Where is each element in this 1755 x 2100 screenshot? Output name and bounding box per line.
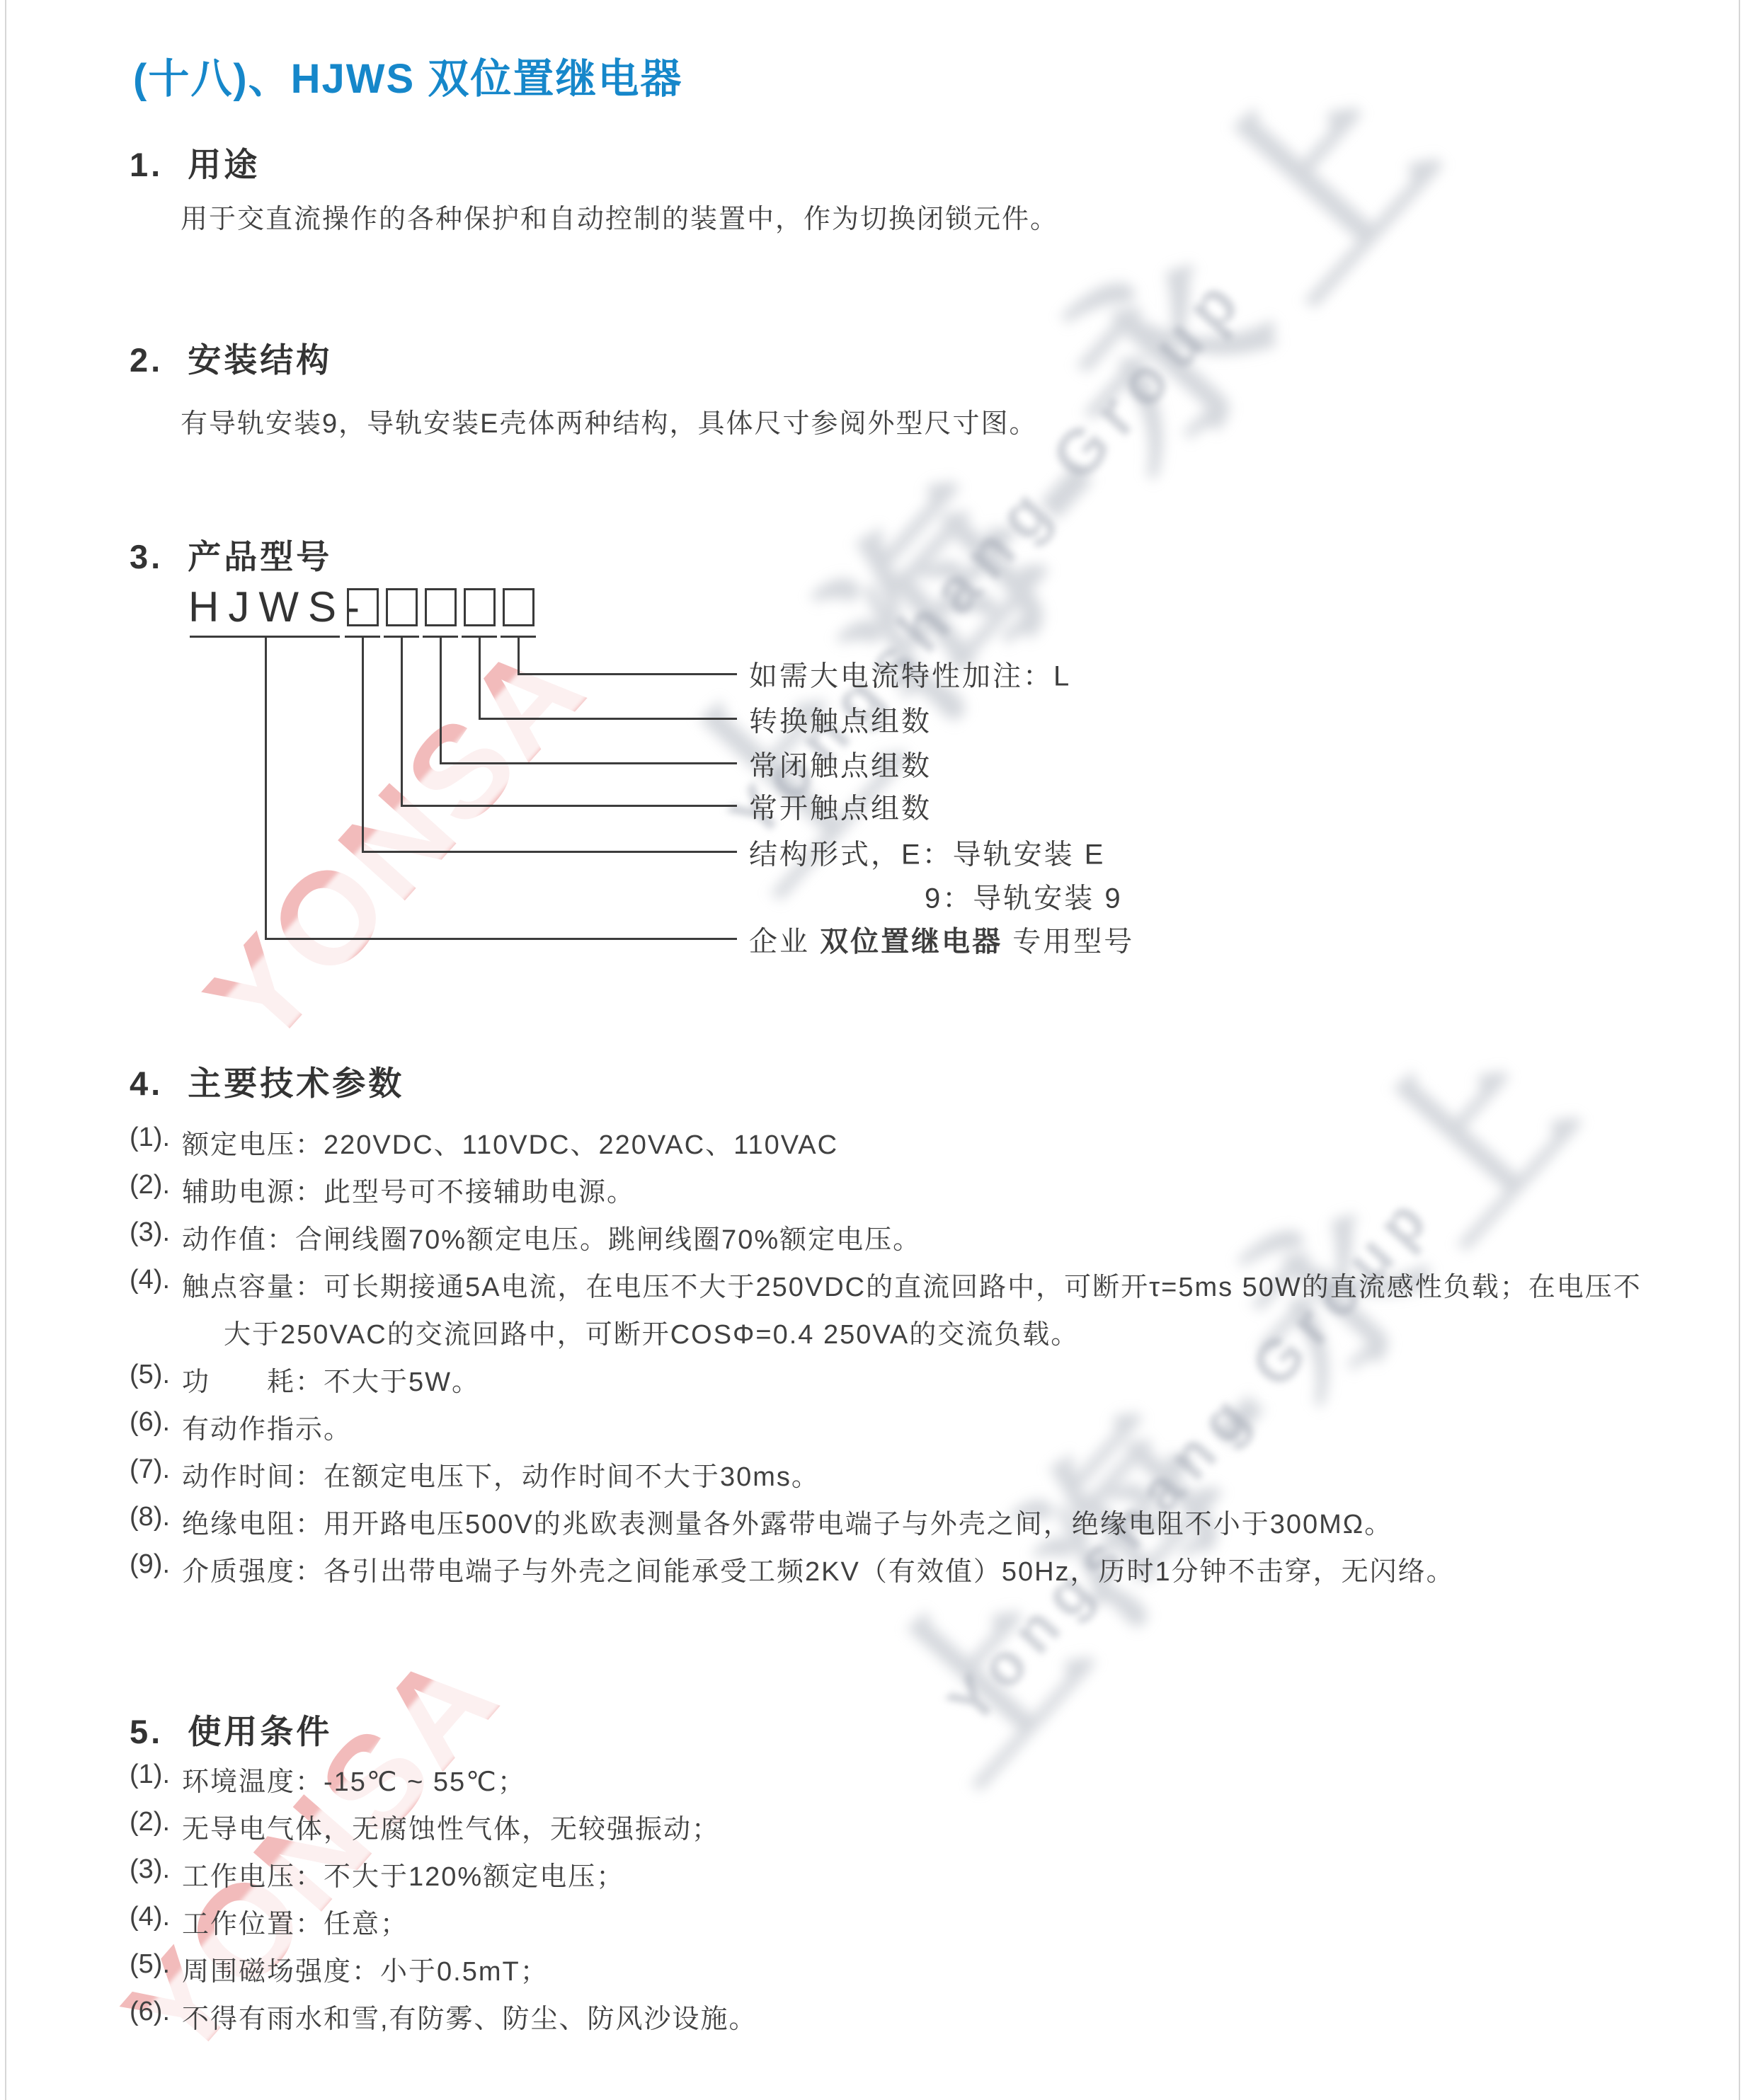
param-item-text: 动作时间：在额定电压下，动作时间不大于30ms。: [182, 1454, 820, 1493]
page-title: (十八)、HJWS 双位置继电器: [133, 45, 682, 105]
model-digit-box-4: [464, 588, 496, 626]
model-digit-box-2: [386, 588, 418, 626]
callout-l-note: 如需大电流特性加注：L: [749, 654, 1071, 694]
model-digit-box-1: [347, 588, 379, 626]
condition-item-num: (4).: [130, 1902, 170, 1932]
condition-item-num: (2).: [130, 1807, 170, 1837]
condition-item-text: 工作电压：不大于120%额定电压；: [182, 1854, 624, 1893]
document-page: 上海-永上 Yongshang Group 上海-永上 Yongshang Gr…: [0, 0, 1755, 2100]
param-item-num: (1).: [130, 1123, 170, 1153]
param-item-text: 有动作指示。: [182, 1407, 352, 1446]
callout-base-product: 双位置继电器: [820, 926, 1002, 958]
section-usage-heading: 1. 用途: [130, 139, 260, 186]
param-item-num: (9).: [130, 1549, 170, 1580]
param-item-num: (7).: [130, 1454, 170, 1485]
section-mounting-heading: 2. 安装结构: [130, 334, 332, 381]
param-item-text: 介质强度：各引出带电端子与外壳之间能承受工频2KV（有效值）50Hz，历时1分钟…: [182, 1549, 1455, 1588]
condition-item-num: (1).: [130, 1760, 170, 1790]
param-item-num: (6).: [130, 1407, 170, 1438]
document-content: (十八)、HJWS 双位置继电器 1. 用途 用于交直流操作的各种保护和自动控制…: [0, 0, 1755, 2100]
condition-item-text: 无导电气体，无腐蚀性气体，无较强振动；: [182, 1807, 720, 1846]
param-item-text: 辅助电源：此型号可不接辅助电源。: [182, 1170, 635, 1209]
vertical-line: [440, 636, 442, 764]
connector-line: [265, 938, 737, 940]
callout-base-suffix: 专用型号: [1002, 926, 1134, 958]
condition-item-text: 周围磁场强度：小于0.5mT；: [182, 1949, 549, 1988]
callout-structure-form: 结构形式，E：导轨安装 E: [749, 832, 1105, 873]
param-item-num: (3).: [130, 1217, 170, 1248]
condition-item-text: 不得有雨水和雪,有防雾、防尘、防风沙设施。: [182, 1997, 758, 2036]
vertical-line: [401, 636, 403, 807]
model-prefix: HJWS-: [188, 587, 369, 627]
vertical-line: [479, 636, 481, 720]
param-item-text: 动作值：合闸线圈70%额定电压。跳闸线圈70%额定电压。: [182, 1217, 921, 1256]
param-item-num: (8).: [130, 1502, 170, 1532]
vertical-line: [518, 636, 520, 675]
condition-item-text: 工作位置：任意；: [182, 1902, 408, 1941]
connector-line: [401, 805, 737, 807]
param-item-text: 触点容量：可长期接通5A电流，在电压不大于250VDC的直流回路中，可断开τ=5…: [182, 1265, 1642, 1304]
callout-structure-form-9: 9：导轨安装 9: [925, 876, 1123, 917]
model-digit-box-5: [503, 588, 534, 626]
param-item-num: (2).: [130, 1170, 170, 1200]
param-item-num: (4).: [130, 1265, 170, 1295]
callout-base-prefix: 企业: [749, 926, 820, 958]
condition-item-num: (3).: [130, 1854, 170, 1885]
param-item-text: 功 耗：不大于5W。: [182, 1360, 480, 1399]
param-item-text: 绝缘电阻：用开路电压500V的兆欧表测量各外露带电端子与外壳之间，绝缘电阻不小于…: [182, 1502, 1393, 1541]
section-params-heading: 4. 主要技术参数: [130, 1057, 404, 1105]
callout-no-count: 常开触点组数: [749, 786, 932, 827]
callout-changeover-count: 转换触点组数: [749, 699, 932, 740]
condition-item-num: (5).: [130, 1949, 170, 1980]
condition-item-text: 环境温度：-15℃ ~ 55℃；: [182, 1760, 526, 1798]
connector-line: [518, 673, 737, 675]
vertical-line: [265, 636, 267, 940]
param-item-text: 额定电压：220VDC、110VDC、220VAC、110VAC: [182, 1123, 838, 1161]
param-item-num: (5).: [130, 1360, 170, 1390]
connector-line: [362, 851, 737, 853]
param-item-text-cont: 大于250VAC的交流回路中，可断开COSΦ=0.4 250VA的交流负载。: [224, 1312, 1079, 1351]
connector-line: [440, 762, 737, 764]
usage-body: 用于交直流操作的各种保护和自动控制的装置中，作为切换闭锁元件。: [181, 197, 1058, 236]
connector-line: [479, 718, 737, 720]
mounting-body: 有导轨安装9，导轨安装E壳体两种结构，具体尺寸参阅外型尺寸图。: [181, 401, 1037, 440]
callout-base-model: 企业 双位置继电器 专用型号: [749, 919, 1134, 960]
section-conditions-heading: 5. 使用条件: [130, 1706, 332, 1753]
section-model-heading: 3. 产品型号: [130, 531, 332, 578]
vertical-line: [362, 636, 364, 853]
model-digit-box-3: [425, 588, 457, 626]
condition-item-num: (6).: [130, 1997, 170, 2027]
callout-nc-count: 常闭触点组数: [749, 744, 932, 784]
